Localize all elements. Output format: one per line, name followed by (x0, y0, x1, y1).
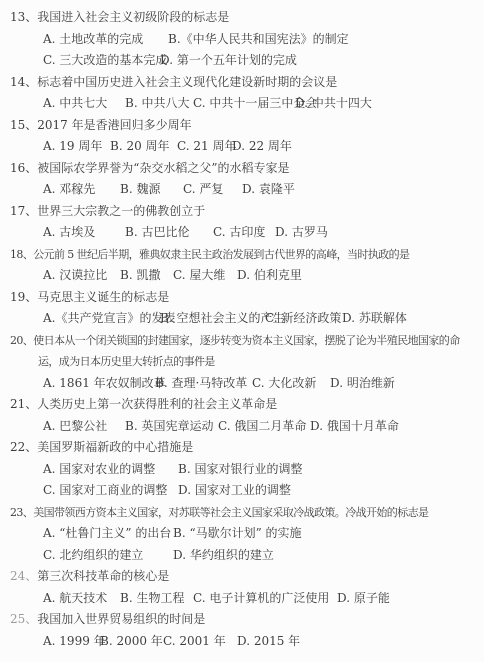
question-stem-line: 22、美国罗斯福新政的中心措施是 (10, 437, 468, 459)
option-row: C. 北约组织的建立D. 华约组织的建立 (10, 545, 468, 567)
option-item: C. 北约组织的建立 (43, 545, 173, 567)
option-item: D. 苏联解体 (342, 308, 407, 330)
question-stem-line: 18、公元前 5 世纪后半期，雅典奴隶主民主政治发展到古代世界的高峰，当时执政的… (10, 244, 468, 266)
option-row: A. 古埃及B. 古巴比伦C. 古印度D. 古罗马 (10, 222, 468, 244)
question-block: 23、美国带领西方资本主义国家，对苏联等社会主义国家采取冷战政策。冷战开始的标志… (10, 502, 468, 567)
question-stem-line: 19、马克思主义诞生的标志是 (10, 287, 468, 309)
option-item: B. 空想社会主义的产生 (160, 308, 265, 330)
option-item: A. “杜鲁门主义” 的出台 (43, 523, 173, 545)
option-item: D. 华约组织的建立 (173, 545, 274, 567)
question-stem-line: 15、2017 年是香港回归多少周年 (10, 115, 468, 137)
option-item: A.《共产党宣言》的发表 (43, 308, 160, 330)
question-stem: 世界三大宗教之一的佛教创立于 (37, 204, 205, 218)
option-item: D. 伯利克里 (237, 265, 302, 287)
question-stem: 2017 年是香港回归多少周年 (37, 118, 191, 132)
question-stem: 美国罗斯福新政的中心措施是 (37, 440, 193, 454)
question-block: 14、标志着中国历史进入社会主义现代化建设新时期的会议是A. 中共七大B. 中共… (10, 72, 468, 115)
question-stem: 我国进入社会主义初级阶段的标志是 (37, 10, 229, 24)
option-row: C. 国家对工商业的调整D. 国家对工业的调整 (10, 480, 468, 502)
question-block: 21、人类历史上第一次获得胜利的社会主义革命是A. 巴黎公社B. 英国宪章运动C… (10, 394, 468, 437)
option-item: B.《中华人民共和国宪法》的制定 (168, 29, 349, 51)
option-item: A. 巴黎公社 (43, 416, 125, 438)
option-item: A. 19 周年 (43, 136, 110, 158)
question-stem-line: 14、标志着中国历史进入社会主义现代化建设新时期的会议是 (10, 72, 468, 94)
exam-paper: 13、我国进入社会主义初级阶段的标志是A. 土地改革的完成B.《中华人民共和国宪… (0, 0, 484, 662)
option-row: C. 三大改造的基本完成D. 第一个五年计划的完成 (10, 50, 468, 72)
question-stem-line: 21、人类历史上第一次获得胜利的社会主义革命是 (10, 394, 468, 416)
question-block: 24、第三次科技革命的核心是A. 航天技术B. 生物工程C. 电子计算机的广泛使… (10, 566, 468, 609)
question-number: 13、 (10, 10, 37, 24)
option-item: A. 中共七大 (43, 93, 125, 115)
option-item: D. 袁隆平 (242, 179, 295, 201)
question-number: 15、 (10, 118, 37, 132)
option-item: C. 屋大维 (173, 265, 237, 287)
option-item: B. 中共八大 (125, 93, 193, 115)
option-item: D. 2015 年 (237, 631, 300, 653)
question-stem: 马克思主义诞生的标志是 (37, 290, 169, 304)
option-item: B. 英国宪章运动 (125, 416, 218, 438)
option-item: C. 古印度 (213, 222, 275, 244)
option-item: B. 古巴比伦 (125, 222, 213, 244)
option-row: A. 汉谟拉比B. 凯撒C. 屋大维D. 伯利克里 (10, 265, 468, 287)
question-number: 21、 (10, 397, 37, 411)
question-stem-line: 24、第三次科技革命的核心是 (10, 566, 468, 588)
option-item: A. 土地改革的完成 (43, 29, 168, 51)
option-row: A. 土地改革的完成B.《中华人民共和国宪法》的制定 (10, 29, 468, 51)
question-block: 22、美国罗斯福新政的中心措施是A. 国家对农业的调整B. 国家对银行业的调整C… (10, 437, 468, 502)
question-number: 19、 (10, 290, 37, 304)
option-row: A.《共产党宣言》的发表B. 空想社会主义的产生C. 新经济政策D. 苏联解体 (10, 308, 468, 330)
question-stem: 使日本从一个闭关锁国的封建国家，逐步转变为资本主义国家，摆脱了论为半殖民地国家的… (33, 334, 459, 369)
option-item: D. 俄国十月革命 (310, 416, 399, 438)
option-row: A. 巴黎公社B. 英国宪章运动C. 俄国二月革命D. 俄国十月革命 (10, 416, 468, 438)
question-number: 20、 (10, 334, 33, 347)
question-stem-line: 16、被国际农学界誉为“杂交水稻之父”的水稻专家是 (10, 158, 468, 180)
option-row: A. 1861 年农奴制改革B. 查理·马特改革C. 大化改新D. 明治维新 (10, 373, 468, 395)
question-number: 24、 (10, 569, 37, 583)
option-item: C. 电子计算机的广泛使用 (193, 588, 337, 610)
question-block: 20、使日本从一个闭关锁国的封建国家，逐步转变为资本主义国家，摆脱了论为半殖民地… (10, 330, 468, 395)
question-block: 19、马克思主义诞生的标志是A.《共产党宣言》的发表B. 空想社会主义的产生C.… (10, 287, 468, 330)
option-item: B. 凯撒 (120, 265, 173, 287)
option-item: C. 中共十一届三中全会 (193, 93, 295, 115)
option-item: D. 明治维新 (330, 373, 395, 395)
option-row: A. “杜鲁门主义” 的出台B. “马歇尔计划” 的实施 (10, 523, 468, 545)
option-item: B. “马歇尔计划” 的实施 (173, 523, 302, 545)
option-item: A. 邓稼先 (43, 179, 120, 201)
option-item: B. 查理·马特改革 (155, 373, 252, 395)
question-number: 23、 (10, 506, 33, 519)
option-item: C. 三大改造的基本完成 (43, 50, 160, 72)
question-block: 16、被国际农学界誉为“杂交水稻之父”的水稻专家是A. 邓稼先B. 魏源C. 严… (10, 158, 468, 201)
option-item: B. 20 周年 (110, 136, 177, 158)
option-item: B. 魏源 (120, 179, 183, 201)
option-row: A. 19 周年B. 20 周年C. 21 周年D. 22 周年 (10, 136, 468, 158)
question-stem: 人类历史上第一次获得胜利的社会主义革命是 (37, 397, 277, 411)
option-row: A. 邓稼先B. 魏源C. 严复D. 袁隆平 (10, 179, 468, 201)
question-stem: 标志着中国历史进入社会主义现代化建设新时期的会议是 (37, 75, 337, 89)
question-number: 17、 (10, 204, 37, 218)
option-item: B. 生物工程 (120, 588, 193, 610)
question-stem-line: 20、使日本从一个闭关锁国的封建国家，逐步转变为资本主义国家，摆脱了论为半殖民地… (10, 330, 468, 373)
option-item: C. 大化改新 (252, 373, 330, 395)
question-stem-line: 23、美国带领西方资本主义国家，对苏联等社会主义国家采取冷战政策。冷战开始的标志… (10, 502, 468, 524)
option-item: C. 新经济政策 (265, 308, 342, 330)
question-stem-line: 13、我国进入社会主义初级阶段的标志是 (10, 7, 468, 29)
question-stem-line: 17、世界三大宗教之一的佛教创立于 (10, 201, 468, 223)
option-item: C. 2001 年 (163, 631, 237, 653)
option-item: A. 国家对农业的调整 (43, 459, 178, 481)
question-stem-line: 25、我国加入世界贸易组织的时间是 (10, 609, 468, 631)
question-stem: 我国加入世界贸易组织的时间是 (37, 612, 205, 626)
option-item: D. 古罗马 (275, 222, 328, 244)
option-row: A. 中共七大B. 中共八大C. 中共十一届三中全会D. 中共十四大 (10, 93, 468, 115)
option-item: B. 国家对银行业的调整 (178, 459, 302, 481)
question-number: 22、 (10, 440, 37, 454)
option-item: D. 第一个五年计划的完成 (160, 50, 297, 72)
option-item: C. 21 周年 (177, 136, 232, 158)
question-number: 16、 (10, 161, 37, 175)
option-row: A. 国家对农业的调整B. 国家对银行业的调整 (10, 459, 468, 481)
question-block: 17、世界三大宗教之一的佛教创立于A. 古埃及B. 古巴比伦C. 古印度D. 古… (10, 201, 468, 244)
option-item: C. 俄国二月革命 (218, 416, 310, 438)
option-item: C. 严复 (183, 179, 242, 201)
option-item: D. 中共十四大 (295, 93, 372, 115)
question-block: 25、我国加入世界贸易组织的时间是A. 1999 年B. 2000 年C. 20… (10, 609, 468, 652)
option-item: D. 国家对工业的调整 (178, 480, 291, 502)
question-stem: 美国带领西方资本主义国家，对苏联等社会主义国家采取冷战政策。冷战开始的标志是 (33, 506, 428, 519)
option-item: A. 古埃及 (43, 222, 125, 244)
option-item: A. 汉谟拉比 (43, 265, 120, 287)
question-number: 14、 (10, 75, 37, 89)
question-number: 18、 (10, 248, 33, 261)
question-stem: 被国际农学界誉为“杂交水稻之父”的水稻专家是 (37, 161, 289, 175)
question-block: 18、公元前 5 世纪后半期，雅典奴隶主民主政治发展到古代世界的高峰，当时执政的… (10, 244, 468, 287)
option-item: D. 原子能 (337, 588, 390, 610)
question-stem: 公元前 5 世纪后半期，雅典奴隶主民主政治发展到古代世界的高峰，当时执政的是 (33, 248, 409, 261)
option-row: A. 航天技术B. 生物工程C. 电子计算机的广泛使用D. 原子能 (10, 588, 468, 610)
question-block: 13、我国进入社会主义初级阶段的标志是A. 土地改革的完成B.《中华人民共和国宪… (10, 7, 468, 72)
option-item: B. 2000 年 (100, 631, 163, 653)
question-number: 25、 (10, 612, 37, 626)
option-item: A. 航天技术 (43, 588, 120, 610)
option-item: A. 1861 年农奴制改革 (43, 373, 155, 395)
question-stem: 第三次科技革命的核心是 (37, 569, 169, 583)
question-block: 15、2017 年是香港回归多少周年A. 19 周年B. 20 周年C. 21 … (10, 115, 468, 158)
option-row: A. 1999 年B. 2000 年C. 2001 年D. 2015 年 (10, 631, 468, 653)
option-item: C. 国家对工商业的调整 (43, 480, 178, 502)
option-item: D. 22 周年 (232, 136, 292, 158)
option-item: A. 1999 年 (43, 631, 100, 653)
